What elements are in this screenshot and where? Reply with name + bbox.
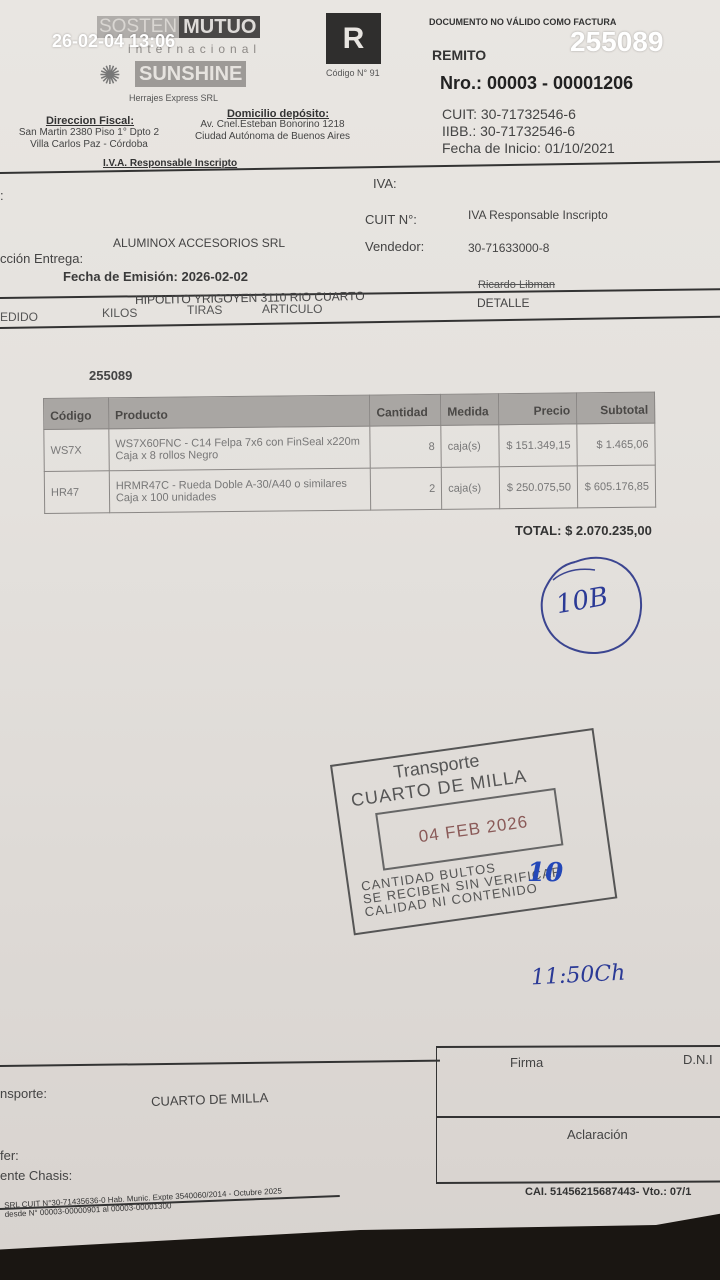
doc-start-date: Fecha de Inicio: 01/10/2021 [442,140,615,157]
signature-box [436,1046,720,1182]
cell-unit: caja(s) [441,467,499,510]
client-iva-label: IVA: [373,176,397,191]
handwritten-time-note: 11:50Ch [530,961,626,991]
deposit-line-1: Av. Cnel.Esteban Bonorino 1218 [180,119,365,131]
transport-label: nsporte: [0,1086,47,1101]
client-label-truncated: : [0,188,4,203]
chassis-label: ente Chasis: [0,1168,72,1183]
delivery-label: cción Entrega: [0,251,83,266]
seller-label: Vendedor: [365,239,424,254]
client-cuit-label: CUIT N°: [365,212,417,227]
clarification-label: Aclaración [567,1127,628,1142]
deposit-line-2: Ciudad Autónoma de Buenos Aires [180,131,365,143]
signature-label: Firma [510,1055,543,1070]
stamp-date: 04 FEB 2026 [418,812,530,847]
cell-unit: caja(s) [441,425,499,468]
company-name: Herrajes Express SRL [129,93,218,103]
doc-code: Código N° 91 [326,68,380,78]
fiscal-address: San Martin 2380 Piso 1° Dpto 2 Villa Car… [4,127,174,151]
doc-type: REMITO [432,47,486,63]
cell-code: WS7X [44,429,109,472]
cell-subtotal: $ 1.465,06 [577,423,655,466]
client-name: ALUMINOX ACCESORIOS SRL [113,236,285,250]
client-cuit-value: IVA Responsable Inscripto [468,208,608,222]
iva-condition: I.V.A. Responsable Inscripto [103,158,237,169]
logo-mutuo-text: MUTUO [179,16,260,38]
header-precio: Precio [499,393,577,425]
driver-label: fer: [0,1148,19,1163]
cell-qty: 2 [371,467,442,510]
fiscal-address-block: Direccion Fiscal: [30,115,150,127]
fiscal-line-1: San Martin 2380 Piso 1° Dpto 2 [4,127,174,139]
deposit-address: Av. Cnel.Esteban Bonorino 1218 Ciudad Au… [180,119,365,143]
total-amount: TOTAL: $ 2.070.235,00 [515,523,652,538]
doc-number: Nro.: 00003 - 00001206 [440,73,633,94]
header-subtotal: Subtotal [577,392,655,424]
cell-qty: 8 [370,425,441,468]
col-tiras: TIRAS [187,303,222,317]
order-reference: 255089 [89,368,132,383]
seller-name: Ricardo Libman [478,279,555,291]
col-articulo: ARTICULO [262,302,322,316]
col-kilos: KILOS [102,306,137,320]
detail-label: DETALLE [477,296,529,310]
cell-price: $ 151.349,15 [499,424,577,467]
doc-tax-info: CUIT: 30-71732546-6 IIBB.: 30-71732546-6… [442,106,615,157]
emission-date: Fecha de Emisión: 2026-02-02 [63,269,248,284]
transport-stamp: Transporte CUARTO DE MILLA 04 FEB 2026 C… [330,728,617,935]
cai-number: CAI. 51456215687443- Vto.: 07/1 [525,1186,691,1198]
photo-reference-number: 255089 [570,26,663,58]
fiscal-label: Direccion Fiscal: [30,115,150,127]
header-producto: Producto [108,395,370,429]
table-row: WS7X WS7X60FNC - C14 Felpa 7x6 con FinSe… [44,423,655,471]
cell-product: HRMR47C - Rueda Doble A-30/A40 o similar… [109,468,371,513]
logo-sunshine: SUNSHINE [135,61,246,87]
table-row: HR47 HRMR47C - Rueda Doble A-30/A40 o si… [44,465,655,513]
items-table: Código Producto Cantidad Medida Precio S… [43,392,656,514]
cell-product: WS7X60FNC - C14 Felpa 7x6 con FinSeal x2… [109,426,371,471]
signature-divider [437,1116,720,1118]
handwritten-bulk-count: 10 [527,858,563,888]
fiscal-line-2: Villa Carlos Paz - Córdoba [4,139,174,151]
doc-letter: R [326,13,381,64]
col-pedido: EDIDO [0,310,38,324]
header-medida: Medida [441,394,499,426]
cell-price: $ 250.075,50 [499,466,577,509]
cell-code: HR47 [44,471,109,514]
doc-cuit: CUIT: 30-71732546-6 [442,106,615,123]
cell-subtotal: $ 605.176,85 [577,465,655,508]
seller-value: 30-71633000-8 [468,241,549,255]
header-cantidad: Cantidad [370,394,441,426]
sun-logo-icon: ✺ [99,60,121,91]
header-codigo: Código [44,398,109,430]
dni-label: D.N.I [683,1052,713,1067]
doc-iibb: IIBB.: 30-71732546-6 [442,123,615,140]
photo-timestamp: 26-02-04 13:06 [52,31,175,52]
